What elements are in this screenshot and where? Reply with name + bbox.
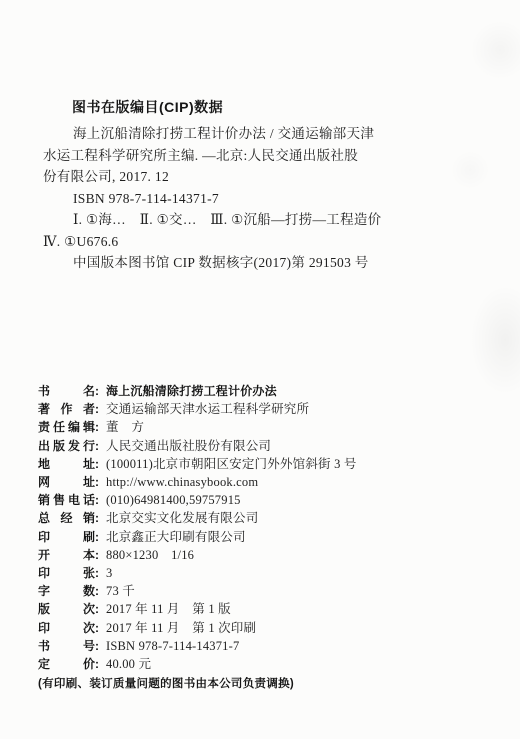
field-colon: : <box>95 530 99 544</box>
colophon-row-distributor: 总经销:北京交实文化发展有限公司 <box>38 509 488 527</box>
field-value: (100011)北京市朝阳区安定门外外馆斜街 3 号 <box>106 457 357 471</box>
cip-classification-continuation: Ⅳ. ①U676.6 <box>43 231 373 253</box>
field-colon: : <box>95 566 99 580</box>
cip-description-line: 份有限公司, 2017. 12 <box>43 166 373 188</box>
colophon-block: 书名:海上沉船清除打捞工程计价办法 著作者:交通运输部天津水运工程科学研究所 责… <box>38 382 488 693</box>
field-label: 定价 <box>38 655 95 673</box>
field-colon: : <box>95 621 99 635</box>
colophon-row-word-count: 字数:73 千 <box>38 582 488 600</box>
field-colon: : <box>95 493 99 507</box>
cip-description-line: 水运工程科学研究所主编. —北京:人民交通出版社股 <box>43 145 373 167</box>
field-colon: : <box>95 439 99 453</box>
field-value: http://www.chinasybook.com <box>106 475 258 489</box>
colophon-row-publisher: 出版发行:人民交通出版社股份有限公司 <box>38 437 488 455</box>
colophon-row-isbn: 书号:ISBN 978-7-114-14371-7 <box>38 637 488 655</box>
field-label: 责任编辑 <box>38 418 95 436</box>
field-colon: : <box>95 639 99 653</box>
field-colon: : <box>95 402 99 416</box>
field-colon: : <box>95 384 99 398</box>
colophon-row-price: 定价:40.00 元 <box>38 655 488 673</box>
colophon-row-sheets: 印张:3 <box>38 564 488 582</box>
field-label: 开本 <box>38 546 95 564</box>
colophon-row-website: 网址:http://www.chinasybook.com <box>38 473 488 491</box>
field-colon: : <box>95 548 99 562</box>
field-value: ISBN 978-7-114-14371-7 <box>106 639 239 653</box>
field-label: 字数 <box>38 582 95 600</box>
field-value: 73 千 <box>106 584 135 598</box>
field-value: 人民交通出版社股份有限公司 <box>106 439 271 453</box>
field-label: 销售电话 <box>38 491 95 509</box>
field-colon: : <box>95 511 99 525</box>
field-colon: : <box>95 457 99 471</box>
colophon-row-book-title: 书名:海上沉船清除打捞工程计价办法 <box>38 382 488 400</box>
field-colon: : <box>95 657 99 671</box>
cip-block: 图书在版编目(CIP)数据 海上沉船清除打捞工程计价办法 / 交通运输部天津 水… <box>43 97 373 274</box>
field-value: 董 方 <box>106 420 144 434</box>
colophon-row-printer: 印刷:北京鑫正大印刷有限公司 <box>38 528 488 546</box>
field-label: 地址 <box>38 455 95 473</box>
cip-isbn-line: ISBN 978-7-114-14371-7 <box>43 188 373 210</box>
field-value: 3 <box>106 566 112 580</box>
field-value: 海上沉船清除打捞工程计价办法 <box>106 384 277 398</box>
colophon-row-sales-phone: 销售电话:(010)64981400,59757915 <box>38 491 488 509</box>
colophon-row-format: 开本:880×1230 1/16 <box>38 546 488 564</box>
field-label: 印次 <box>38 619 95 637</box>
quality-exchange-note: (有印刷、装订质量问题的图书由本公司负责调换) <box>38 675 488 693</box>
field-value: 北京交实文化发展有限公司 <box>106 511 258 525</box>
colophon-row-author: 著作者:交通运输部天津水运工程科学研究所 <box>38 400 488 418</box>
field-value: 交通运输部天津水运工程科学研究所 <box>106 402 309 416</box>
field-colon: : <box>95 420 99 434</box>
cip-title: 图书在版编目(CIP)数据 <box>72 97 373 117</box>
field-colon: : <box>95 602 99 616</box>
field-value: (010)64981400,59757915 <box>106 493 241 507</box>
field-label: 出版发行 <box>38 437 95 455</box>
field-label: 总经销 <box>38 509 95 527</box>
field-label: 印张 <box>38 564 95 582</box>
field-colon: : <box>95 584 99 598</box>
book-copyright-page: 图书在版编目(CIP)数据 海上沉船清除打捞工程计价办法 / 交通运输部天津 水… <box>0 0 520 739</box>
cip-classification-line: Ⅰ. ①海… Ⅱ. ①交… Ⅲ. ①沉船—打捞—工程造价 <box>43 209 373 231</box>
scan-artifact <box>450 150 490 190</box>
colophon-row-editor: 责任编辑:董 方 <box>38 418 488 436</box>
field-label: 著作者 <box>38 400 95 418</box>
field-colon: : <box>95 475 99 489</box>
scan-artifact <box>470 285 520 395</box>
field-label: 书名 <box>38 382 95 400</box>
cip-body: 海上沉船清除打捞工程计价办法 / 交通运输部天津 水运工程科学研究所主编. —北… <box>43 123 373 274</box>
field-label: 网址 <box>38 473 95 491</box>
field-value: 40.00 元 <box>106 657 151 671</box>
cip-description-line: 海上沉船清除打捞工程计价办法 / 交通运输部天津 <box>43 123 373 145</box>
colophon-row-edition: 版次:2017 年 11 月 第 1 版 <box>38 600 488 618</box>
field-label: 书号 <box>38 637 95 655</box>
colophon-row-impression: 印次:2017 年 11 月 第 1 次印刷 <box>38 619 488 637</box>
field-value: 2017 年 11 月 第 1 版 <box>106 602 231 616</box>
field-label: 印刷 <box>38 528 95 546</box>
field-label: 版次 <box>38 600 95 618</box>
field-value: 2017 年 11 月 第 1 次印刷 <box>106 621 256 635</box>
field-value: 北京鑫正大印刷有限公司 <box>106 530 246 544</box>
cip-record-number-line: 中国版本图书馆 CIP 数据核字(2017)第 291503 号 <box>43 252 373 274</box>
colophon-row-address: 地址:(100011)北京市朝阳区安定门外外馆斜街 3 号 <box>38 455 488 473</box>
field-value: 880×1230 1/16 <box>106 548 194 562</box>
scan-artifact <box>470 20 520 80</box>
